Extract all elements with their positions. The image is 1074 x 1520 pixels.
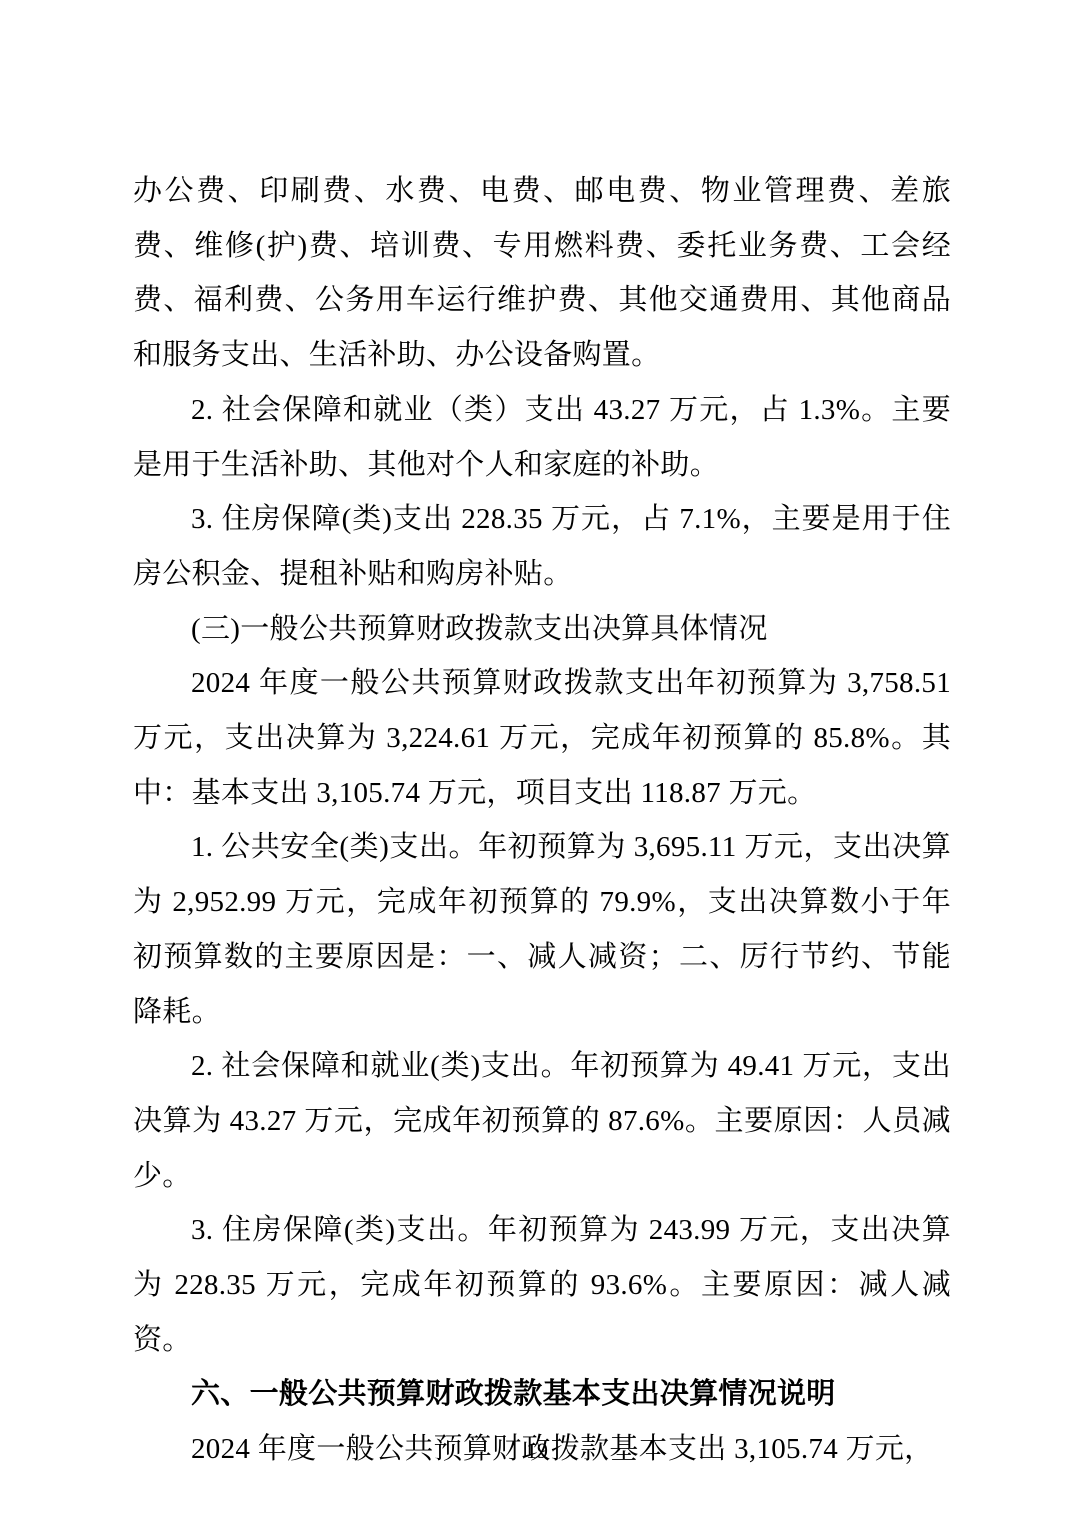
- page-number: 19: [0, 1437, 1074, 1465]
- paragraph: 1. 公共安全(类)支出。年初预算为 3,695.11 万元，支出决算为 2,9…: [133, 820, 951, 1039]
- document-body: 办公费、印刷费、水费、电费、邮电费、物业管理费、差旅费、维修(护)费、培训费、专…: [133, 164, 951, 1477]
- paragraph: 2. 社会保障和就业（类）支出 43.27 万元，占 1.3%。主要是用于生活补…: [133, 383, 951, 492]
- paragraph: 3. 住房保障(类)支出。年初预算为 243.99 万元，支出决算为 228.3…: [133, 1203, 951, 1367]
- paragraph: 2. 社会保障和就业(类)支出。年初预算为 49.41 万元，支出决算为 43.…: [133, 1039, 951, 1203]
- paragraph: 3. 住房保障(类)支出 228.35 万元，占 7.1%，主要是用于住房公积金…: [133, 492, 951, 601]
- paragraph: 2024 年度一般公共预算财政拨款支出年初预算为 3,758.51 万元，支出决…: [133, 656, 951, 820]
- heading-bold: 六、一般公共预算财政拨款基本支出决算情况说明: [133, 1367, 951, 1422]
- paragraph: 办公费、印刷费、水费、电费、邮电费、物业管理费、差旅费、维修(护)费、培训费、专…: [133, 164, 951, 383]
- document-page: 办公费、印刷费、水费、电费、邮电费、物业管理费、差旅费、维修(护)费、培训费、专…: [0, 0, 1074, 1520]
- heading-kai: (三)一般公共预算财政拨款支出决算具体情况: [133, 602, 951, 657]
